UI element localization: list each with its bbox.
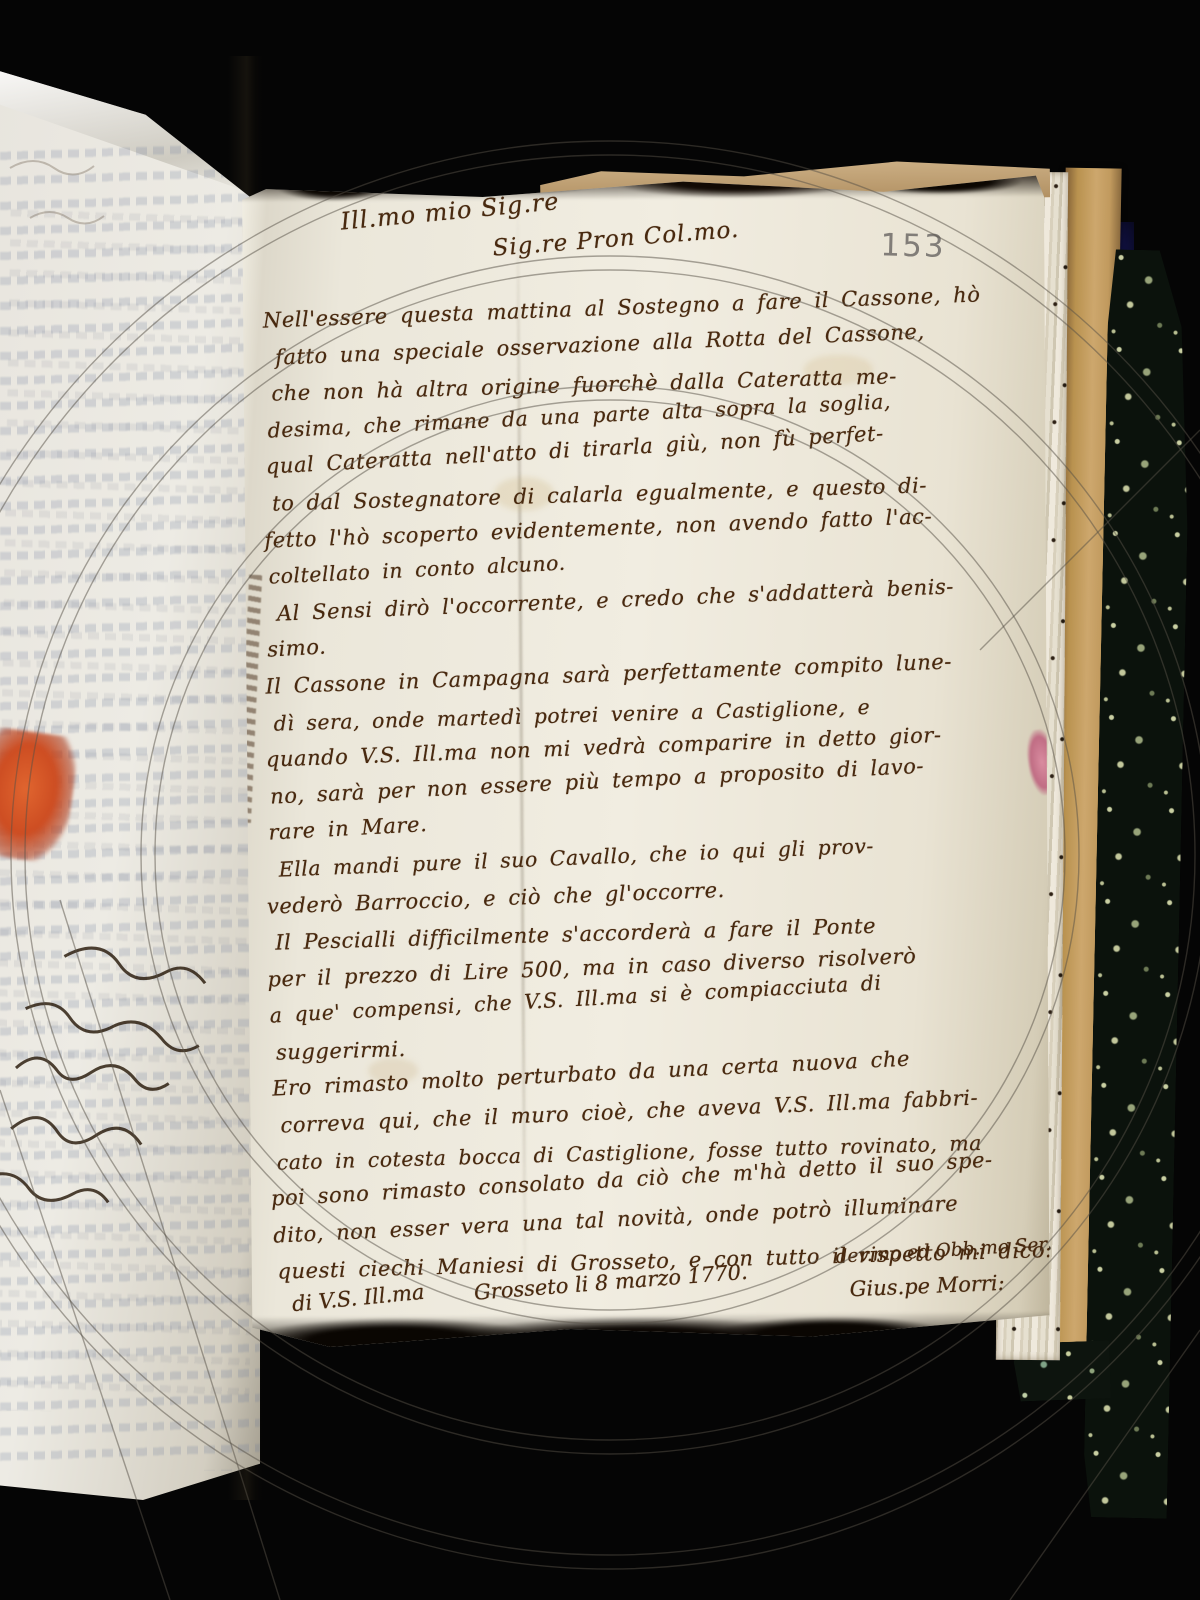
letter-body: Nell'essere questa mattina al Sostegno a… (263, 297, 1042, 1290)
folio-number-pencil: 153 (880, 227, 946, 265)
charred-bottom-edge (246, 1302, 1056, 1352)
photograph-of-manuscript-letter: Ill.mo mio Sig.re Sig.re Pron Col.mo. 15… (0, 0, 1200, 1600)
salutation-part2: Sig.re Pron Col.mo. (492, 217, 740, 262)
left-facing-page (0, 48, 260, 1500)
closing-signature: Gius.pe Morri: (849, 1271, 1005, 1301)
letter-page: Ill.mo mio Sig.re Sig.re Pron Col.mo. 15… (242, 173, 1052, 1349)
